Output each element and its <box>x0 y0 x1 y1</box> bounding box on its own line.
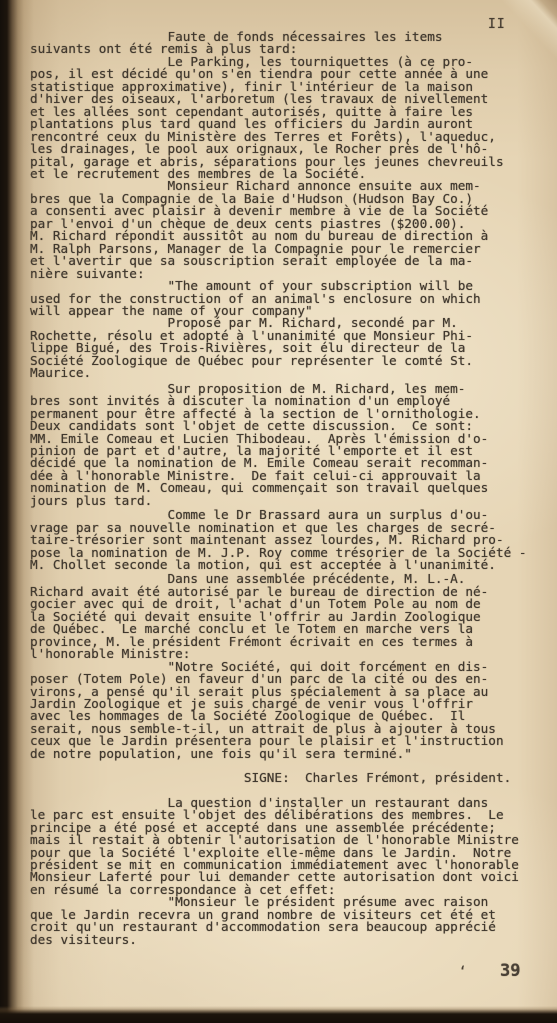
text-line: M. Chollet seconde la motion, qui est ac… <box>30 559 527 571</box>
text-line: jours plus tard. <box>30 495 527 507</box>
para-restaurant-question: La question d'installer un restaurant da… <box>30 797 527 897</box>
typewritten-text-body: Faute de fonds nécessaires les itemssuiv… <box>30 31 527 946</box>
text-line: des visiteurs. <box>30 934 527 946</box>
para-funds-deferred: Faute de fonds nécessaires les itemssuiv… <box>30 31 527 56</box>
para-bigue-election: Proposé par M. Richard, secondé par M.Ro… <box>30 317 527 379</box>
quote-president-presumes: "Monsieur le président présume avec rais… <box>30 896 527 946</box>
stray-ink-mark: ‘ <box>459 964 466 978</box>
bottom-page-edge-shadow <box>0 1006 557 1023</box>
para-deferred-items: Le Parking, les tourniquettes (à ce pro-… <box>30 56 527 181</box>
quote-totem-offer: "Notre Société, qui doit forcément en di… <box>30 661 527 761</box>
signature-line: SIGNE: Charles Frémont, président. <box>30 772 527 784</box>
page-number: 39 <box>500 961 520 981</box>
text-line: Maurice. <box>30 367 527 379</box>
para-treasurer-nomination: Comme le Dr Brassard aura un surplus d'o… <box>30 509 527 571</box>
text-line: Société Zoologique de Québec pour représ… <box>30 355 527 367</box>
para-hudson-bay-membership: Monsieur Richard annonce ensuite aux mem… <box>30 180 527 280</box>
quote-subscription-use: "The amount of your subscription will be… <box>30 280 527 317</box>
page-header-roman-numeral: II <box>488 17 506 32</box>
left-binding-edge-shadow <box>0 0 34 1023</box>
para-totem-pole-purchase: Dans une assemblée précédente, M. L.-A.R… <box>30 573 527 660</box>
para-ornithology-employee: Sur proposition de M. Richard, les mem-b… <box>30 383 527 508</box>
scanned-document-page: II Faute de fonds nécessaires les itemss… <box>0 0 557 1023</box>
text-line: SIGNE: Charles Frémont, président. <box>30 772 527 784</box>
text-line: de notre population, une fois qu'il sera… <box>30 748 527 760</box>
